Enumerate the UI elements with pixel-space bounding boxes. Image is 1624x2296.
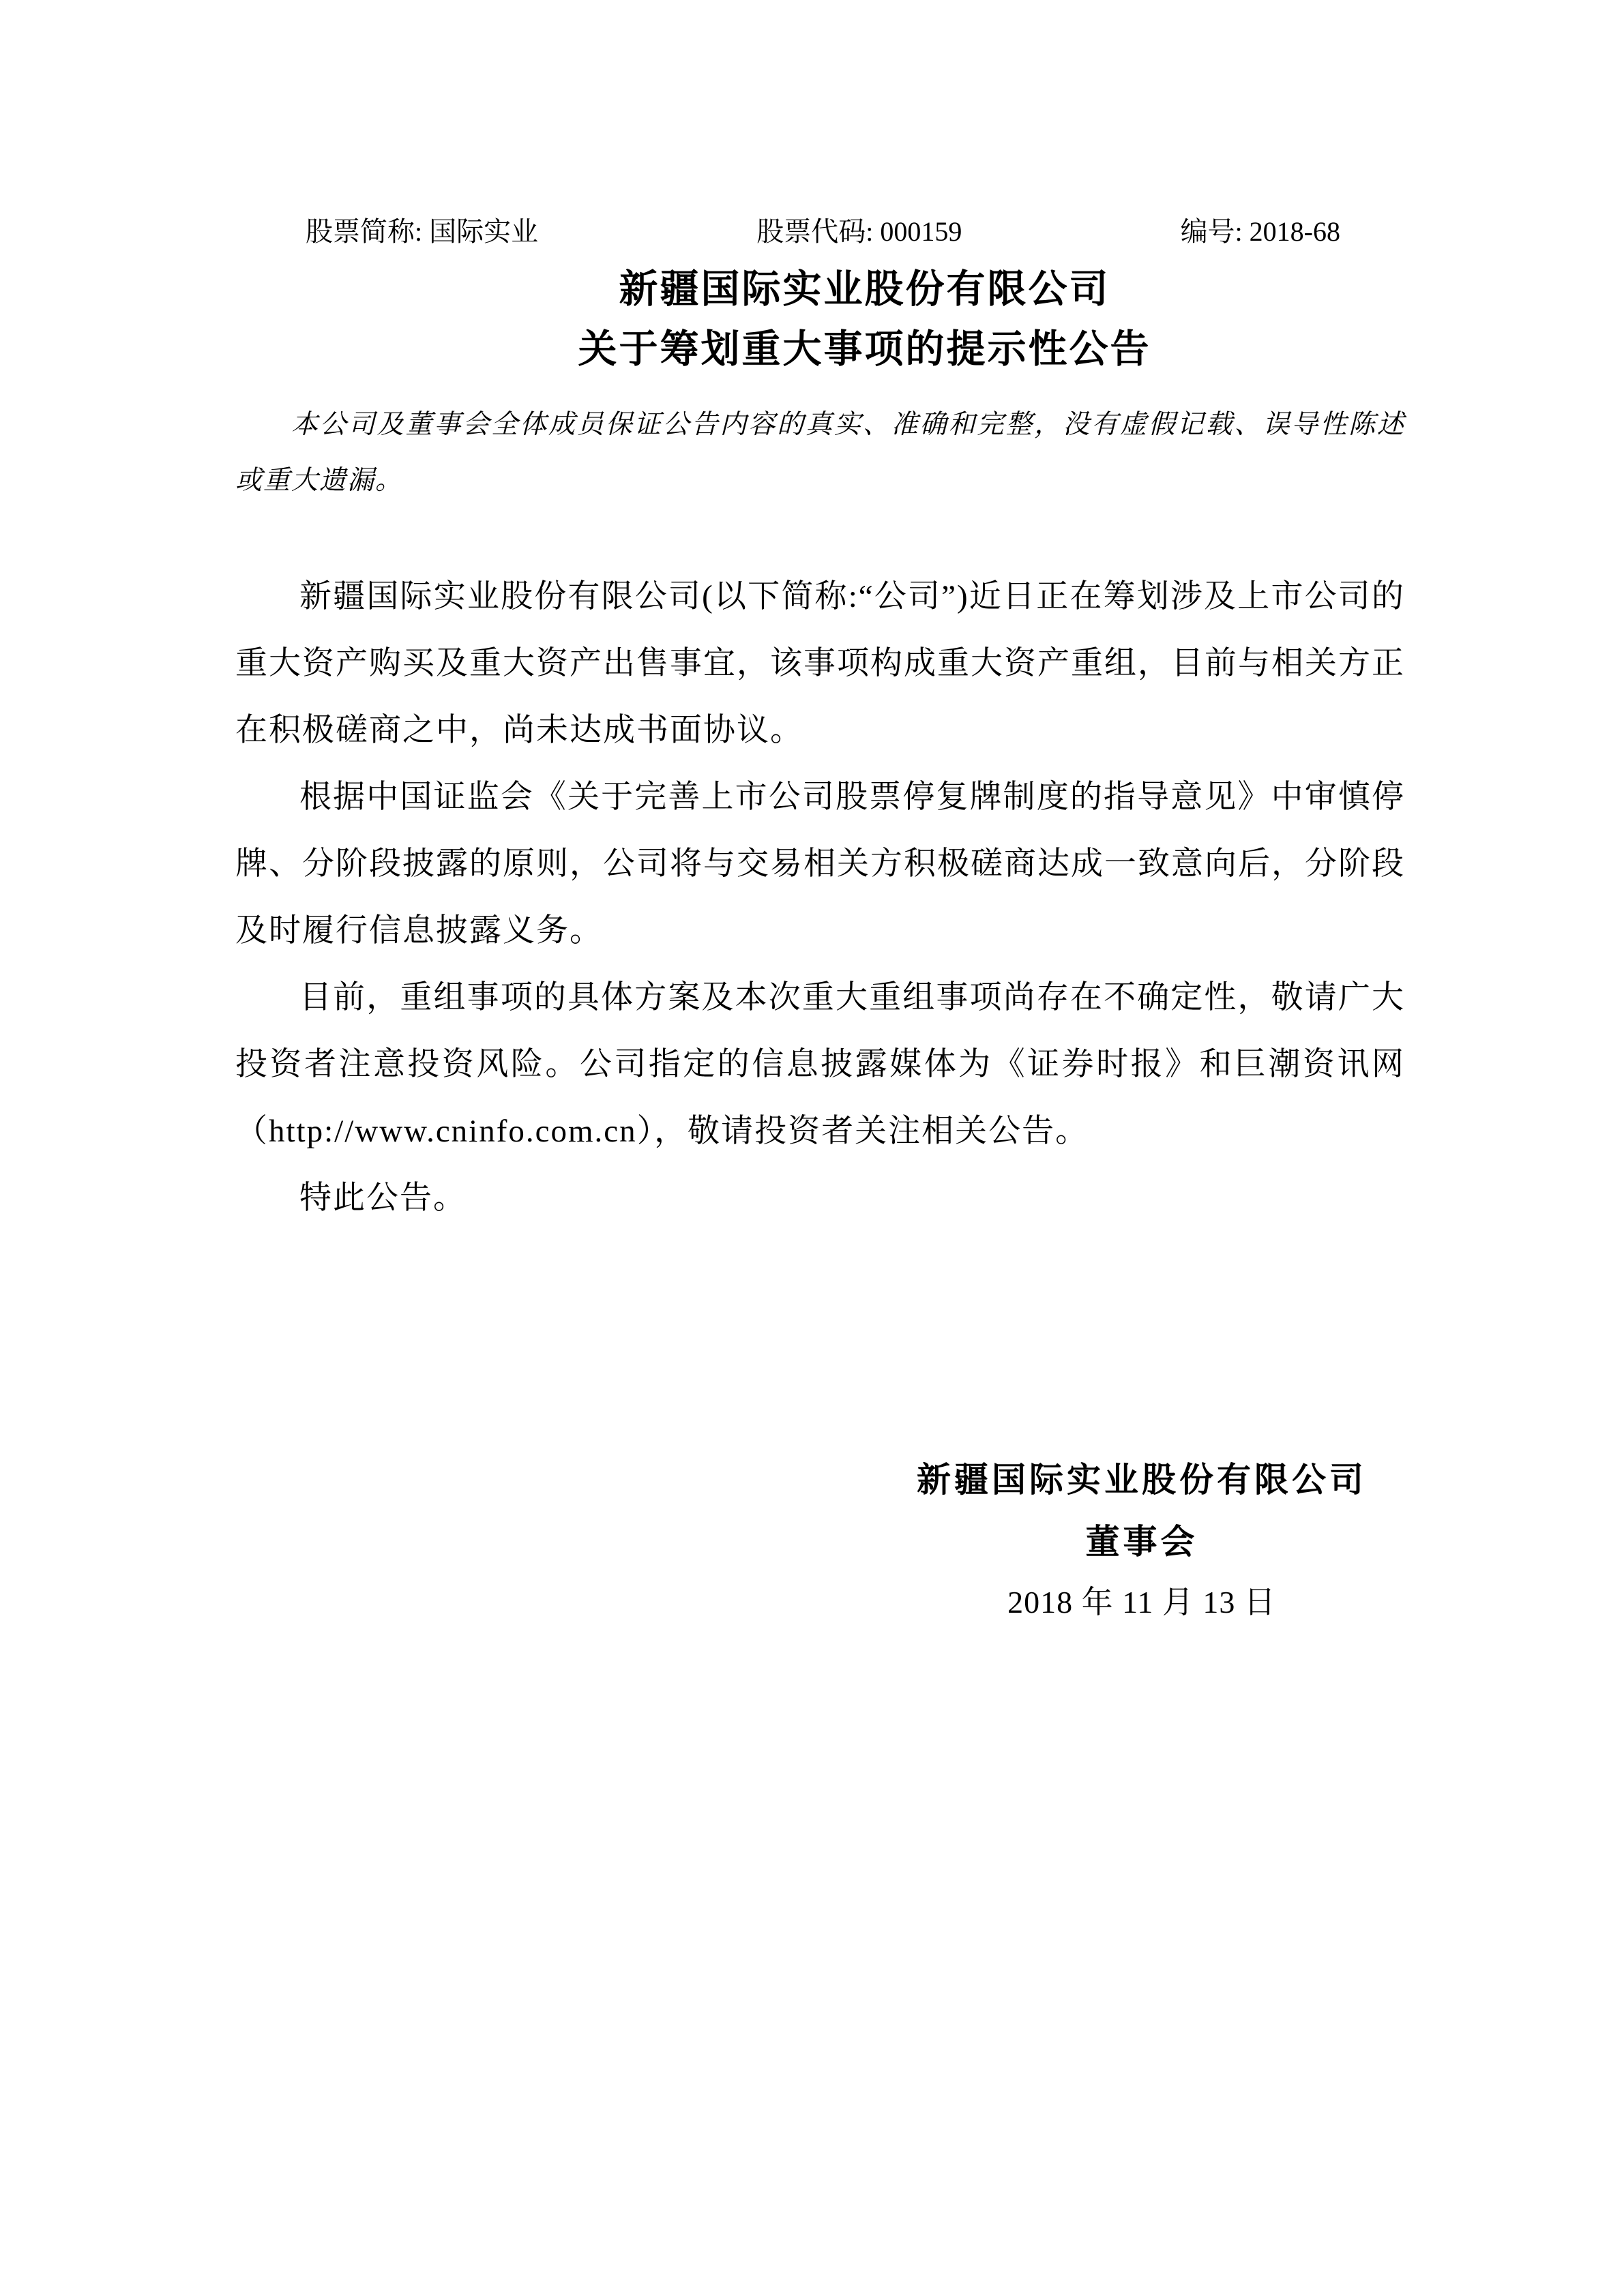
- stock-code-label: 股票代码: 000159: [756, 217, 962, 247]
- body-paragraph: 新疆国际实业股份有限公司(以下简称:“公司”)近日正在筹划涉及上市公司的重大资产…: [235, 563, 1405, 764]
- page-content: 股票简称: 国际实业 股票代码: 000159 编号: 2018-68 新疆国际…: [0, 0, 1624, 2296]
- body-paragraph: 目前，重组事项的具体方案及本次重大重组事项尚存在不确定性，敬请广大投资者注意投资…: [235, 964, 1405, 1165]
- signature-date: 2018 年 11 月 13 日: [903, 1572, 1381, 1632]
- body-text: 新疆国际实业股份有限公司(以下简称:“公司”)近日正在筹划涉及上市公司的重大资产…: [235, 563, 1405, 1232]
- closing-statement: 特此公告。: [235, 1165, 1405, 1232]
- signature-board: 董事会: [903, 1511, 1381, 1572]
- body-paragraph: 根据中国证监会《关于完善上市公司股票停复牌制度的指导意见》中审慎停牌、分阶段披露…: [235, 764, 1405, 964]
- disclaimer-paragraph: 本公司及董事会全体成员保证公告内容的真实、准确和完整，没有虚假记载、误导性陈述或…: [235, 397, 1405, 509]
- announcement-title: 关于筹划重大事项的提示性公告: [280, 326, 1449, 374]
- doc-number-label: 编号: 2018-68: [1181, 217, 1340, 247]
- doc-header: 股票简称: 国际实业 股票代码: 000159 编号: 2018-68: [235, 217, 1405, 247]
- announcement-page: 股票简称: 国际实业 股票代码: 000159 编号: 2018-68 新疆国际…: [0, 0, 1624, 2296]
- stock-name-label: 股票简称: 国际实业: [306, 217, 538, 247]
- company-title: 新疆国际实业股份有限公司: [280, 266, 1449, 314]
- signature-company: 新疆国际实业股份有限公司: [903, 1448, 1381, 1511]
- signature-block: 新疆国际实业股份有限公司 董事会 2018 年 11 月 13 日: [903, 1448, 1381, 1632]
